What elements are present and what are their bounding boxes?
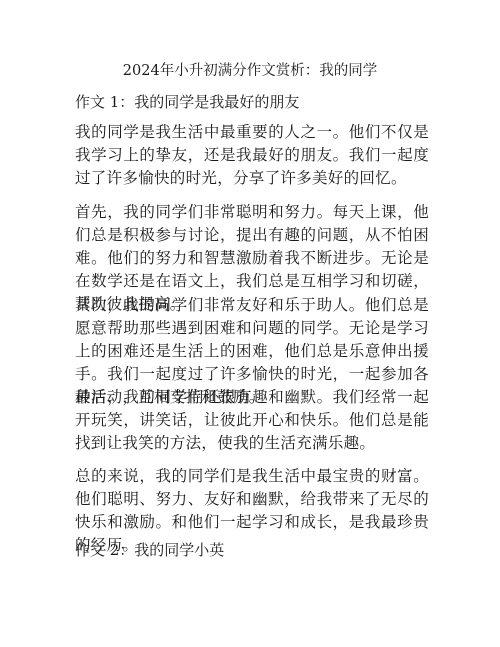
essay-1-paragraph-4: 最后，我的同学们还很有趣和幽默。我们经常一起开玩笑，讲笑话，让彼此开心和快乐。他… bbox=[75, 386, 429, 455]
essay-1-heading: 作文 1：我的同学是我最好的朋友 bbox=[75, 92, 299, 112]
document-title: 2024年小升初满分作文赏析：我的同学 bbox=[0, 61, 500, 81]
essay-1-paragraph-1: 我的同学是我生活中最重要的人之一。他们不仅是我学习上的挚友，还是我最好的朋友。我… bbox=[75, 121, 429, 190]
essay-2-heading: 作文 2：我的同学小英 bbox=[75, 540, 224, 560]
